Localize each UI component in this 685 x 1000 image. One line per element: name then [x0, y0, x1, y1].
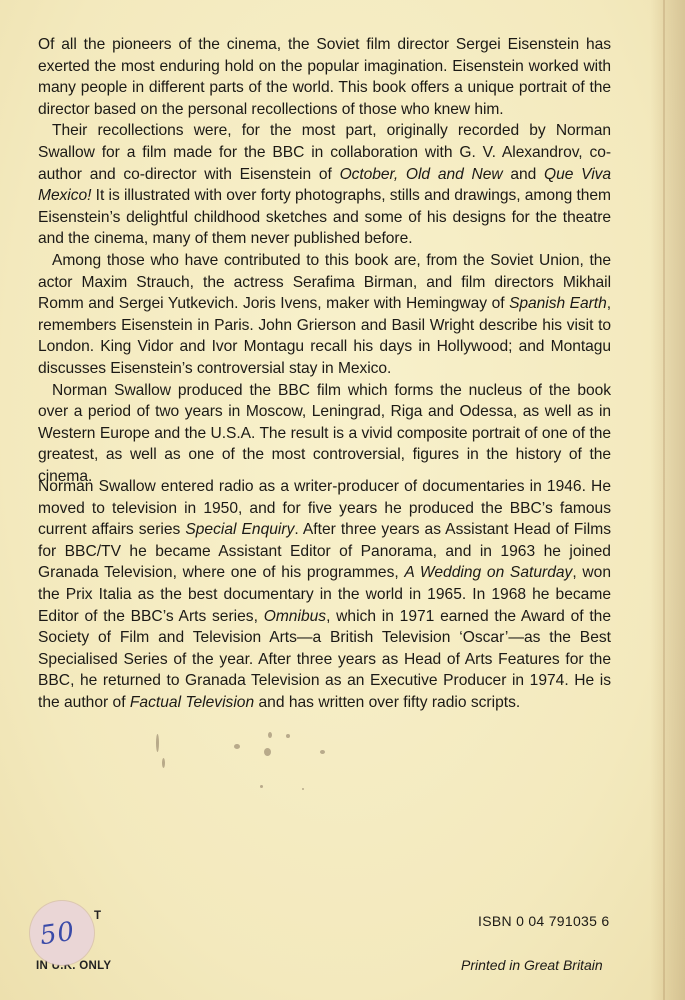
blurb-paragraph-4: Norman Swallow produced the BBC film whi… — [38, 380, 611, 488]
printed-in: Printed in Great Britain — [461, 957, 603, 973]
text-run: and — [503, 166, 544, 183]
programme-title: A Wedding on Saturday — [404, 564, 572, 581]
film-title: Spanish Earth — [509, 295, 607, 312]
handwritten-price: 50 — [38, 917, 77, 952]
blurb-paragraph-1: Of all the pioneers of the cinema, the S… — [38, 34, 611, 120]
text-run: and has written over fifty radio scripts… — [254, 694, 520, 711]
blurb-paragraph-3: Among those who have contributed to this… — [38, 250, 611, 380]
text-run: It is illustrated with over forty photog… — [38, 187, 611, 247]
film-title: October, Old and New — [340, 166, 503, 183]
author-bio-paragraph: Norman Swallow entered radio as a writer… — [38, 476, 611, 714]
author-bio: Norman Swallow entered radio as a writer… — [38, 476, 611, 714]
spine-edge — [663, 0, 665, 1000]
price-sticker: 50 — [30, 901, 94, 965]
series-title: Special Enquiry — [185, 521, 294, 538]
book-title: Factual Television — [130, 694, 254, 711]
blurb-paragraph-2: Their recollections were, for the most p… — [38, 120, 611, 250]
paper-stain — [150, 730, 350, 800]
isbn: ISBN 0 04 791035 6 — [478, 913, 610, 929]
blurb-text: Of all the pioneers of the cinema, the S… — [38, 34, 611, 487]
series-title: Omnibus — [264, 608, 326, 625]
